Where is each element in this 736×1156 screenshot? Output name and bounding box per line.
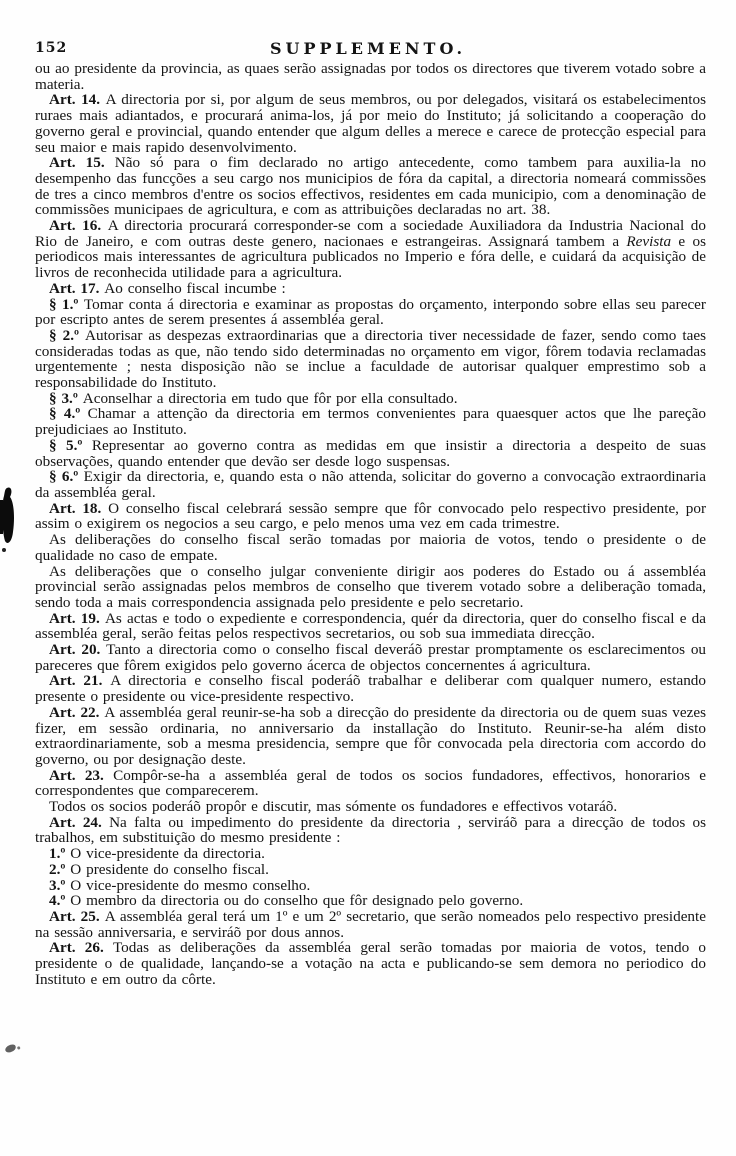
paragraph: Art. 14. A directoria por si, por algum … [35,92,706,155]
article-label: Art. 23. [49,767,113,784]
paragraph: § 3.º Aconselhar a directoria em tudo qu… [35,391,706,407]
paragraph: § 6.º Exigir da directoria, e, quando es… [35,469,706,500]
paragraph: Art. 20. Tanto a directoria como o conse… [35,642,706,673]
paragraph: § 5.º Representar ao governo contra as m… [35,438,706,469]
article-label: § 4.º [49,405,88,422]
article-label: § 1.º [49,296,84,313]
paragraph: 4.º O membro da directoria ou do conselh… [35,893,706,909]
scanned-document-page: 152 SUPPLEMENTO. ou ao presidente da pro… [0,0,736,1156]
document-body: ou ao presidente da provincia, as quaes … [35,61,706,987]
article-label: Art. 18. [49,500,108,517]
article-label: 2.º [49,861,70,878]
paragraph: Art. 26. Todas as deliberações da assemb… [35,940,706,987]
article-label: Art. 19. [49,610,105,627]
article-label: 4.º [49,892,70,909]
paragraph: Art. 22. A assembléa geral reunir-se-ha … [35,705,706,768]
paragraph: § 4.º Chamar a attenção da directoria em… [35,406,706,437]
paragraph: Art. 21. A directoria e conselho fiscal … [35,673,706,704]
paragraph: Art. 25. A assembléa geral terá um 1º e … [35,909,706,940]
paragraph: Art. 23. Compôr-se-ha a assembléa geral … [35,768,706,799]
article-label: § 3.º [49,390,83,407]
article-label: § 6.º [49,468,84,485]
article-label: Art. 26. [49,939,113,956]
paragraph: 1.º O vice-presidente da directoria. [35,846,706,862]
ink-blot-mark [0,486,18,558]
article-label: § 2.º [49,327,85,344]
paragraph: § 2.º Autorisar as despezas extraordinar… [35,328,706,391]
article-label: Art. 15. [49,154,115,171]
article-label: 3.º [49,877,70,894]
paragraph: Art. 18. O conselho fiscal celebrará ses… [35,501,706,532]
paragraph: 3.º O vice-presidente do mesmo conselho. [35,878,706,894]
paragraph: Art. 19. As actas e todo o expediente e … [35,611,706,642]
article-label: Art. 21. [49,672,110,689]
article-label: Art. 17. [49,280,104,297]
article-label: Art. 24. [49,814,109,831]
paragraph: Art. 17. Ao conselho fiscal incumbe : [35,281,706,297]
article-label: Art. 16. [49,217,108,234]
article-label: § 5.º [49,437,92,454]
article-label: Art. 20. [49,641,106,658]
paragraph: 2.º O presidente do conselho fiscal. [35,862,706,878]
article-label: Art. 22. [49,704,104,721]
article-label: 1.º [49,845,70,862]
article-label: Art. 25. [49,908,105,925]
ink-speck-mark [4,1043,17,1053]
article-label: Art. 14. [49,91,106,108]
paragraph: Art. 24. Na falta ou impedimento do pres… [35,815,706,846]
paragraph: Art. 15. Não só para o fim declarado no … [35,155,706,218]
paragraph: § 1.º Tomar conta á directoria e examina… [35,297,706,328]
paragraph: Todos os socios poderáõ propôr e discuti… [35,799,706,815]
paragraph: Art. 16. A directoria procurará correspo… [35,218,706,281]
paragraph: As deliberações do conselho fiscal serão… [35,532,706,563]
page-header: 152 SUPPLEMENTO. [0,39,736,59]
paragraph: ou ao presidente da provincia, as quaes … [35,61,706,92]
page-title: SUPPLEMENTO. [0,39,736,58]
italic-term: Revista [626,233,671,250]
paragraph: As deliberações que o conselho julgar co… [35,564,706,611]
